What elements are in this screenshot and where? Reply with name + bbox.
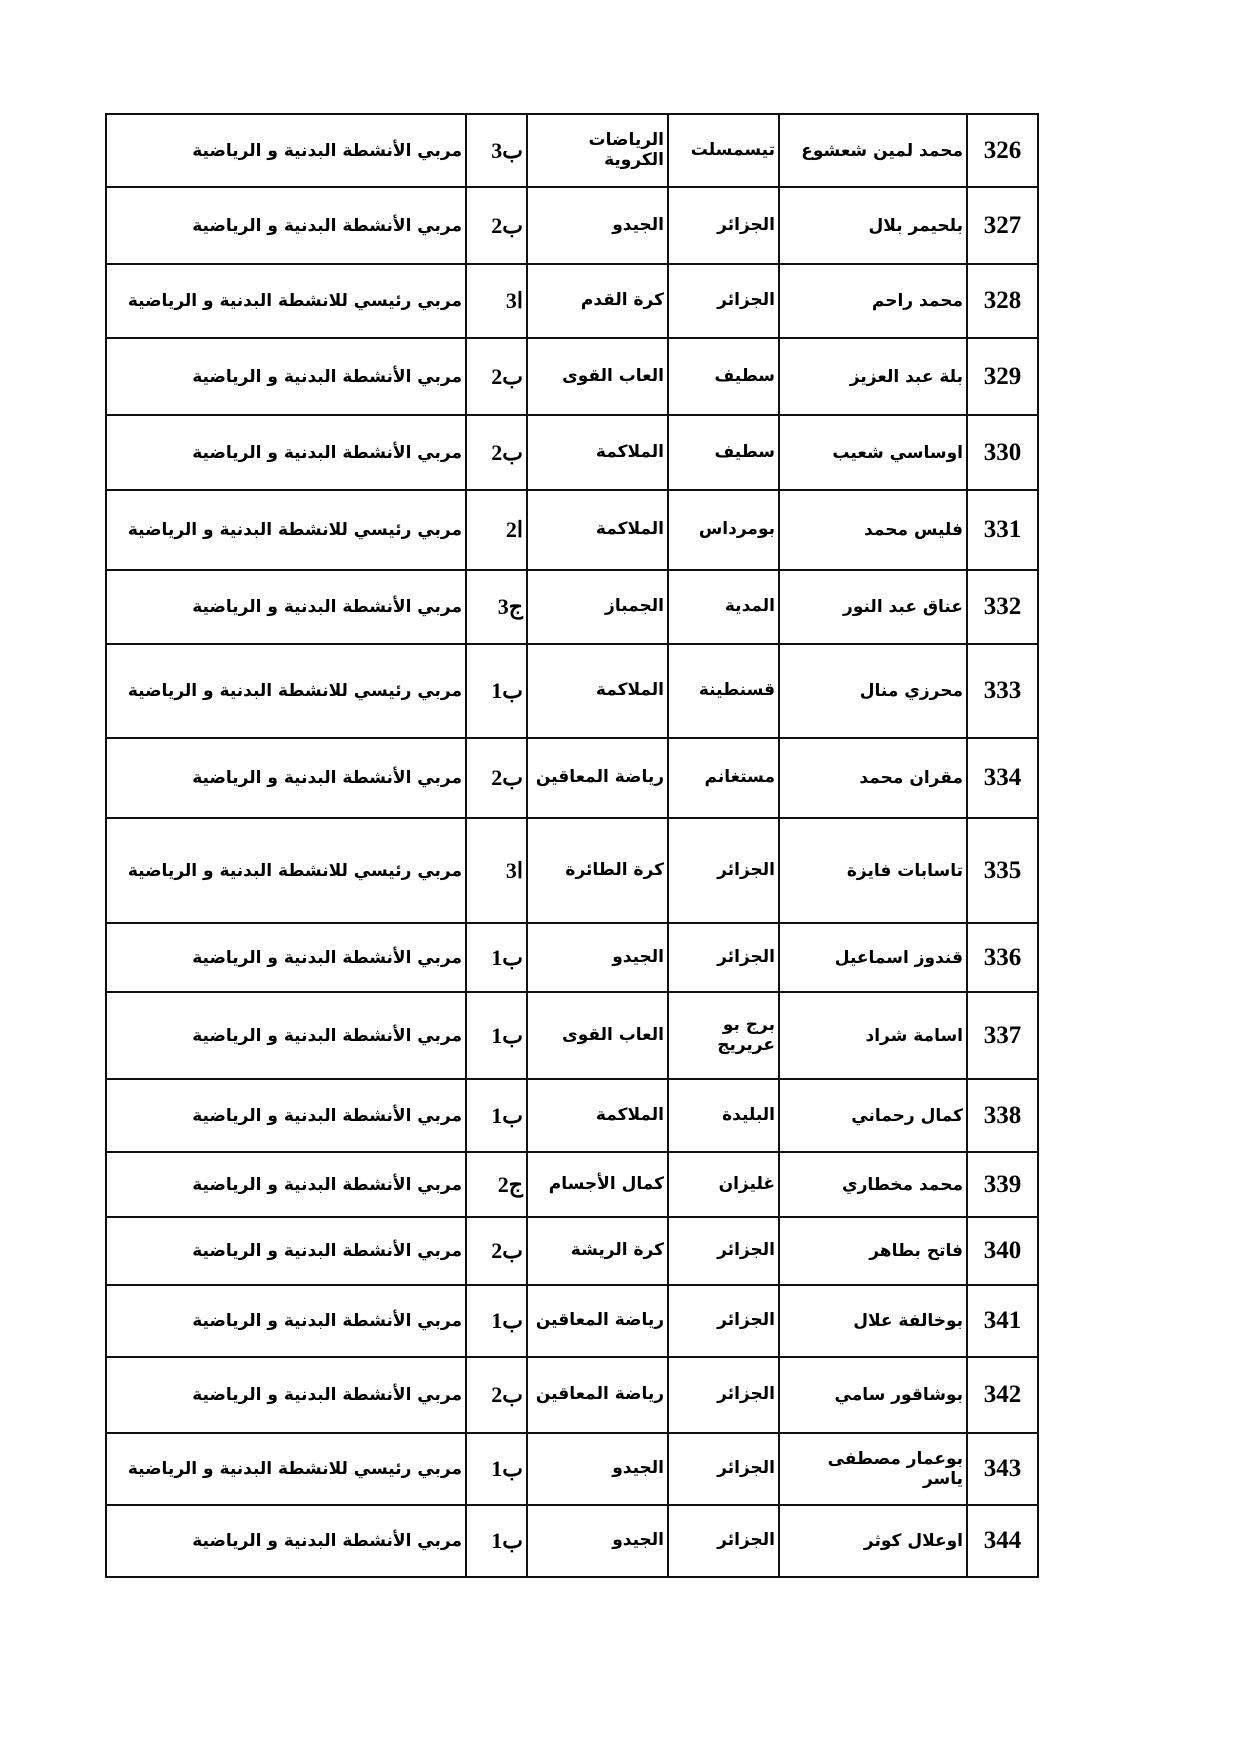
title-cell: مربي الأنشطة البدنية و الرياضية: [106, 1079, 466, 1152]
level-cell: ب2: [466, 738, 527, 818]
wilaya-cell: سطيف: [668, 338, 779, 415]
name-cell: اوساسي شعيب: [779, 415, 967, 490]
coaches-table-body: مربي الأنشطة البدنية و الرياضيةب3الرياضا…: [106, 114, 1038, 1577]
number-cell: 333: [967, 644, 1038, 738]
wilaya-cell: تيسمسلت: [668, 114, 779, 187]
sport-cell: الملاكمة: [527, 644, 668, 738]
name-cell: اسامة شراد: [779, 992, 967, 1079]
level-cell: ب2: [466, 338, 527, 415]
table-row: مربي رئيسي للانشطة البدنية و الرياضيةا2ا…: [106, 490, 1038, 570]
level-cell: ا2: [466, 490, 527, 570]
table-row: مربي الأنشطة البدنية و الرياضيةب2رياضة ا…: [106, 1357, 1038, 1433]
sport-cell: رياضة المعاقين: [527, 1285, 668, 1357]
title-cell: مربي الأنشطة البدنية و الرياضية: [106, 1357, 466, 1433]
title-cell: مربي الأنشطة البدنية و الرياضية: [106, 1285, 466, 1357]
sport-cell: العاب القوى: [527, 992, 668, 1079]
title-cell: مربي الأنشطة البدنية و الرياضية: [106, 923, 466, 992]
sport-cell: كرة الطائرة: [527, 818, 668, 923]
table-row: مربي الأنشطة البدنية و الرياضيةب1الجيدوا…: [106, 1505, 1038, 1577]
wilaya-cell: مستغانم: [668, 738, 779, 818]
name-cell: بلة عبد العزيز: [779, 338, 967, 415]
table-row: مربي الأنشطة البدنية و الرياضيةج2كمال ال…: [106, 1152, 1038, 1217]
number-cell: 341: [967, 1285, 1038, 1357]
wilaya-cell: الجزائر: [668, 1505, 779, 1577]
name-cell: محمد راحم: [779, 264, 967, 338]
level-cell: ب2: [466, 187, 527, 264]
table-row: مربي الأنشطة البدنية و الرياضيةب2كرة الر…: [106, 1217, 1038, 1285]
number-cell: 343: [967, 1433, 1038, 1505]
wilaya-cell: قسنطينة: [668, 644, 779, 738]
name-cell: محرزي منال: [779, 644, 967, 738]
number-cell: 342: [967, 1357, 1038, 1433]
wilaya-cell: بومرداس: [668, 490, 779, 570]
table-row: مربي رئيسي للانشطة البدنية و الرياضيةا3ك…: [106, 264, 1038, 338]
level-cell: ب1: [466, 1505, 527, 1577]
wilaya-cell: سطيف: [668, 415, 779, 490]
table-row: مربي الأنشطة البدنية و الرياضيةب1العاب ا…: [106, 992, 1038, 1079]
title-cell: مربي الأنشطة البدنية و الرياضية: [106, 570, 466, 644]
table-row: مربي الأنشطة البدنية و الرياضيةج3الجمباز…: [106, 570, 1038, 644]
level-cell: ب2: [466, 1357, 527, 1433]
table-row: مربي الأنشطة البدنية و الرياضيةب1رياضة ا…: [106, 1285, 1038, 1357]
wilaya-cell: الجزائر: [668, 1357, 779, 1433]
title-cell: مربي الأنشطة البدنية و الرياضية: [106, 1152, 466, 1217]
name-cell: تاسابات فايزة: [779, 818, 967, 923]
level-cell: ج3: [466, 570, 527, 644]
wilaya-cell: غليزان: [668, 1152, 779, 1217]
table-row: مربي الأنشطة البدنية و الرياضيةب2الجيدوا…: [106, 187, 1038, 264]
table-row: مربي رئيسي للانشطة البدنية و الرياضيةب1ا…: [106, 1433, 1038, 1505]
sport-cell: العاب القوى: [527, 338, 668, 415]
name-cell: فليس محمد: [779, 490, 967, 570]
wilaya-cell: الجزائر: [668, 264, 779, 338]
number-cell: 332: [967, 570, 1038, 644]
wilaya-cell: البليدة: [668, 1079, 779, 1152]
sport-cell: رياضة المعاقين: [527, 738, 668, 818]
name-cell: عناق عبد النور: [779, 570, 967, 644]
level-cell: ب2: [466, 415, 527, 490]
number-cell: 327: [967, 187, 1038, 264]
number-cell: 329: [967, 338, 1038, 415]
name-cell: بوخالفة علال: [779, 1285, 967, 1357]
table-row: مربي الأنشطة البدنية و الرياضيةب2رياضة ا…: [106, 738, 1038, 818]
wilaya-cell: الجزائر: [668, 923, 779, 992]
sport-cell: الملاكمة: [527, 415, 668, 490]
sport-cell: كرة القدم: [527, 264, 668, 338]
name-cell: بوشاقور سامي: [779, 1357, 967, 1433]
number-cell: 335: [967, 818, 1038, 923]
wilaya-cell: الجزائر: [668, 1217, 779, 1285]
title-cell: مربي الأنشطة البدنية و الرياضية: [106, 187, 466, 264]
name-cell: بلحيمر بلال: [779, 187, 967, 264]
level-cell: ا3: [466, 264, 527, 338]
wilaya-cell: الجزائر: [668, 187, 779, 264]
level-cell: ب2: [466, 1217, 527, 1285]
coaches-table: مربي الأنشطة البدنية و الرياضيةب3الرياضا…: [105, 113, 1039, 1578]
wilaya-cell: الجزائر: [668, 818, 779, 923]
number-cell: 328: [967, 264, 1038, 338]
level-cell: ج2: [466, 1152, 527, 1217]
sport-cell: الملاكمة: [527, 1079, 668, 1152]
table-row: مربي الأنشطة البدنية و الرياضيةب3الرياضا…: [106, 114, 1038, 187]
table-row: مربي رئيسي للانشطة البدنية و الرياضيةا3ك…: [106, 818, 1038, 923]
level-cell: ب1: [466, 923, 527, 992]
level-cell: ا3: [466, 818, 527, 923]
sport-cell: رياضة المعاقين: [527, 1357, 668, 1433]
number-cell: 336: [967, 923, 1038, 992]
sport-cell: الجمباز: [527, 570, 668, 644]
table-row: مربي الأنشطة البدنية و الرياضيةب1الجيدوا…: [106, 923, 1038, 992]
table-row: مربي الأنشطة البدنية و الرياضيةب1الملاكم…: [106, 1079, 1038, 1152]
level-cell: ب1: [466, 1079, 527, 1152]
title-cell: مربي الأنشطة البدنية و الرياضية: [106, 114, 466, 187]
table-row: مربي الأنشطة البدنية و الرياضيةب2الملاكم…: [106, 415, 1038, 490]
sport-cell: الملاكمة: [527, 490, 668, 570]
title-cell: مربي رئيسي للانشطة البدنية و الرياضية: [106, 264, 466, 338]
number-cell: 340: [967, 1217, 1038, 1285]
title-cell: مربي الأنشطة البدنية و الرياضية: [106, 1505, 466, 1577]
number-cell: 339: [967, 1152, 1038, 1217]
level-cell: ب1: [466, 644, 527, 738]
title-cell: مربي الأنشطة البدنية و الرياضية: [106, 738, 466, 818]
number-cell: 337: [967, 992, 1038, 1079]
title-cell: مربي الأنشطة البدنية و الرياضية: [106, 992, 466, 1079]
name-cell: قندوز اسماعيل: [779, 923, 967, 992]
sport-cell: الجيدو: [527, 923, 668, 992]
level-cell: ب1: [466, 1285, 527, 1357]
number-cell: 330: [967, 415, 1038, 490]
name-cell: مقران محمد: [779, 738, 967, 818]
title-cell: مربي رئيسي للانشطة البدنية و الرياضية: [106, 644, 466, 738]
level-cell: ب1: [466, 1433, 527, 1505]
name-cell: محمد مخطاري: [779, 1152, 967, 1217]
number-cell: 344: [967, 1505, 1038, 1577]
name-cell: اوعلال كوثر: [779, 1505, 967, 1577]
number-cell: 326: [967, 114, 1038, 187]
title-cell: مربي الأنشطة البدنية و الرياضية: [106, 1217, 466, 1285]
sport-cell: كرة الريشة: [527, 1217, 668, 1285]
number-cell: 331: [967, 490, 1038, 570]
sport-cell: الجيدو: [527, 1505, 668, 1577]
wilaya-cell: الجزائر: [668, 1433, 779, 1505]
sport-cell: الجيدو: [527, 1433, 668, 1505]
wilaya-cell: برج بو عريريج: [668, 992, 779, 1079]
name-cell: كمال رحماني: [779, 1079, 967, 1152]
name-cell: محمد لمين شعشوع: [779, 114, 967, 187]
name-cell: فاتح بطاهر: [779, 1217, 967, 1285]
title-cell: مربي رئيسي للانشطة البدنية و الرياضية: [106, 490, 466, 570]
wilaya-cell: الجزائر: [668, 1285, 779, 1357]
name-cell: بوعمار مصطفى ياسر: [779, 1433, 967, 1505]
sport-cell: الجيدو: [527, 187, 668, 264]
title-cell: مربي الأنشطة البدنية و الرياضية: [106, 415, 466, 490]
title-cell: مربي الأنشطة البدنية و الرياضية: [106, 338, 466, 415]
table-row: مربي رئيسي للانشطة البدنية و الرياضيةب1ا…: [106, 644, 1038, 738]
number-cell: 338: [967, 1079, 1038, 1152]
wilaya-cell: المدية: [668, 570, 779, 644]
level-cell: ب1: [466, 992, 527, 1079]
title-cell: مربي رئيسي للانشطة البدنية و الرياضية: [106, 1433, 466, 1505]
level-cell: ب3: [466, 114, 527, 187]
table-row: مربي الأنشطة البدنية و الرياضيةب2العاب ا…: [106, 338, 1038, 415]
number-cell: 334: [967, 738, 1038, 818]
sport-cell: كمال الأجسام: [527, 1152, 668, 1217]
title-cell: مربي رئيسي للانشطة البدنية و الرياضية: [106, 818, 466, 923]
sport-cell: الرياضات الكروية: [527, 114, 668, 187]
